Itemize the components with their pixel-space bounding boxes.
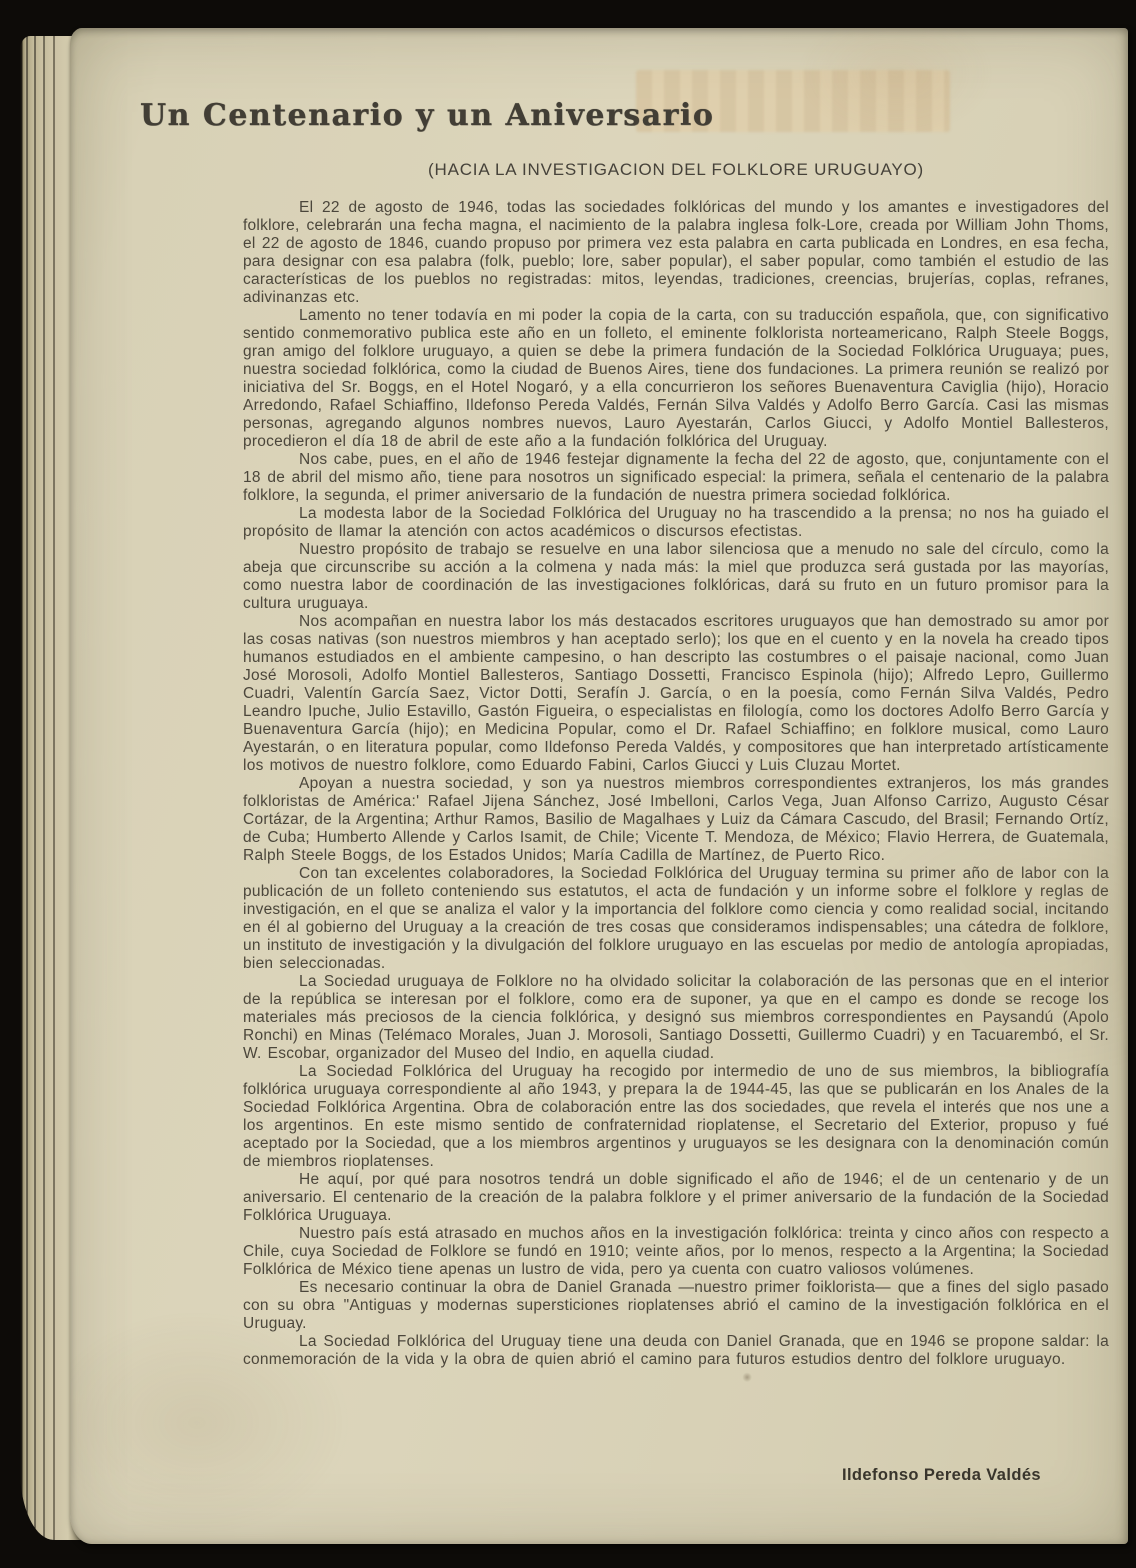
paragraph: Con tan excelentes colaboradores, la Soc… — [243, 865, 1109, 973]
paragraph: Nuestro propósito de trabajo se resuelve… — [243, 541, 1109, 613]
paragraph: La Sociedad Folklórica del Uruguay tiene… — [243, 1333, 1109, 1369]
paragraph: He aquí, por qué para nosotros tendrá un… — [243, 1171, 1109, 1225]
paragraph: Nuestro país está atrasado en muchos año… — [243, 1225, 1109, 1279]
page-title: Un Centenario y un Aniversario — [140, 98, 714, 133]
scanned-book-page: Un Centenario y un Aniversario (HACIA LA… — [70, 28, 1128, 1544]
paragraph: El 22 de agosto de 1946, todas las socie… — [243, 199, 1109, 307]
paragraph: La modesta labor de la Sociedad Folklóri… — [243, 505, 1109, 541]
paragraph: Lamento no tener todavía en mi poder la … — [243, 307, 1109, 451]
author-signature: Ildefonso Pereda Valdés — [243, 1466, 1109, 1485]
paragraph: La Sociedad uruguaya de Folklore no ha o… — [243, 973, 1109, 1063]
paragraph: Nos acompañan en nuestra labor los más d… — [243, 613, 1109, 775]
paragraph: Nos cabe, pues, en el año de 1946 festej… — [243, 451, 1109, 505]
paragraph: Apoyan a nuestra sociedad, y son ya nues… — [243, 775, 1109, 865]
page-subtitle: (HACIA LA INVESTIGACION DEL FOLKLORE URU… — [243, 160, 1109, 180]
paragraph: Es necesario continuar la obra de Daniel… — [243, 1279, 1109, 1333]
article-body: El 22 de agosto de 1946, todas las socie… — [243, 199, 1109, 1369]
paragraph: La Sociedad Folklórica del Uruguay ha re… — [243, 1063, 1109, 1171]
